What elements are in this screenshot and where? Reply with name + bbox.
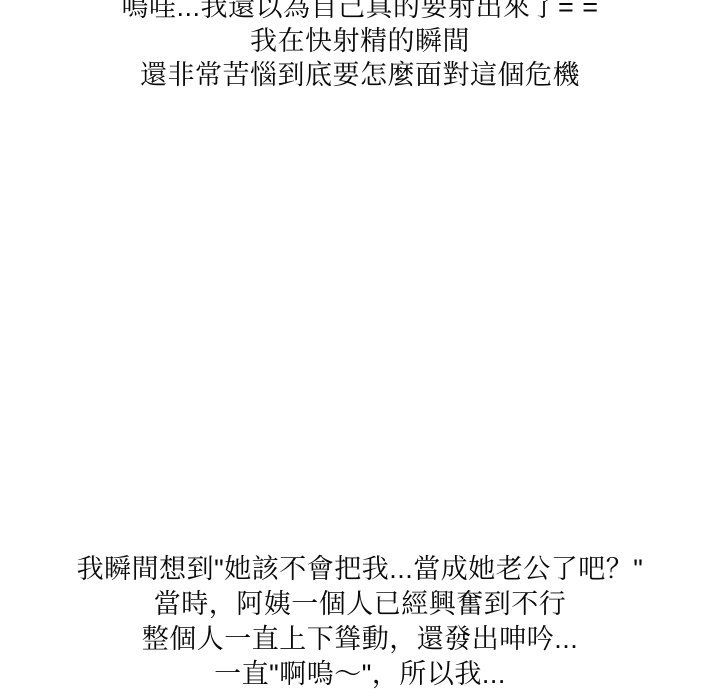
narration-line: 當時，阿姨一個人已經興奮到不行 bbox=[0, 587, 720, 622]
top-narration-block: 嗚哇...我還以為自己真的要射出來了= = 我在快射精的瞬間 還非常苦惱到底要怎… bbox=[0, 0, 720, 92]
narration-line: 還非常苦惱到底要怎麼面對這個危機 bbox=[0, 58, 720, 92]
narration-line: 我在快射精的瞬間 bbox=[0, 24, 720, 58]
narration-line: 嗚哇...我還以為自己真的要射出來了= = bbox=[0, 0, 720, 24]
narration-line: 一直"啊嗚～"，所以我... bbox=[0, 657, 720, 692]
bottom-narration-block: 我瞬間想到"她該不會把我...當成她老公了吧？" 當時，阿姨一個人已經興奮到不行… bbox=[0, 552, 720, 692]
comic-page: { "page": { "background_color": "#ffffff… bbox=[0, 0, 720, 700]
narration-line: 我瞬間想到"她該不會把我...當成她老公了吧？" bbox=[0, 552, 720, 587]
narration-line: 整個人一直上下聳動，還發出呻吟... bbox=[0, 622, 720, 657]
